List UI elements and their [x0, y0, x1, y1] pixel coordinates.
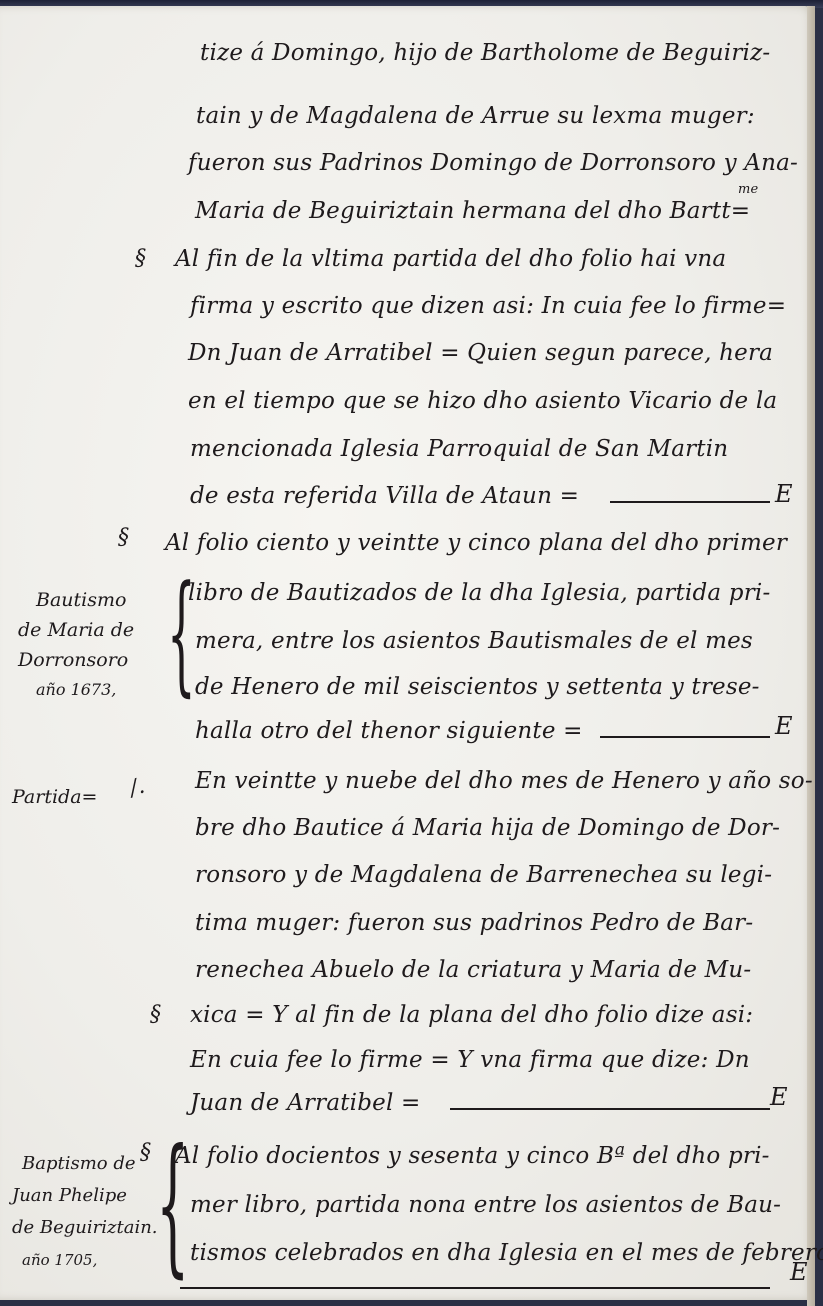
margin-note-line: año 1673,: [18, 675, 134, 705]
line-filler-rule: [610, 501, 770, 503]
body-line-10: de esta referida Villa de Ataun =: [190, 483, 579, 509]
section-mark-1: §: [135, 246, 146, 271]
body-line-16: En veintte y nuebe del dho mes de Henero…: [195, 768, 813, 794]
body-line-17: bre dho Bautice á Maria hija de Domingo …: [195, 815, 780, 841]
end-mark-3: E: [770, 1083, 788, 1111]
body-line-11: Al folio ciento y veintte y cinco plana …: [165, 530, 787, 556]
body-line-12: libro de Bautizados de la dha Iglesia, p…: [188, 580, 770, 606]
body-line-22: En cuia fee lo firme = Y vna firma que d…: [190, 1047, 750, 1073]
brace: {: [167, 568, 196, 698]
body-line-25: mer libro, partida nona entre los asient…: [190, 1192, 781, 1218]
body-line-9: mencionada Iglesia Parroquial de San Mar…: [190, 436, 728, 462]
superscript-me: me: [738, 182, 758, 197]
body-line-18: ronsoro y de Magdalena de Barrenechea su…: [195, 862, 772, 888]
body-line-20: renechea Abuelo de la criatura y Maria d…: [195, 957, 751, 983]
margin-note-baptism-juan-phelipe: Baptismo de Juan Phelipe de Beguiriztain…: [12, 1148, 158, 1276]
line-filler-rule: [450, 1108, 770, 1110]
margin-note-line: Dorronsoro: [18, 645, 134, 675]
margin-note-line: Bautismo: [18, 585, 134, 615]
body-line-2: tain y de Magdalena de Arrue su lexma mu…: [196, 103, 755, 129]
margin-note-partida: Partida=: [12, 786, 97, 808]
margin-note-line: Baptismo de: [12, 1148, 158, 1180]
body-line-26: tismos celebrados en dha Iglesia en el m…: [190, 1240, 823, 1266]
body-line-7: Dn Juan de Arratibel = Quien segun parec…: [188, 340, 773, 366]
bottom-rule: [180, 1287, 770, 1289]
end-mark-4: E: [790, 1258, 808, 1286]
body-line-6: firma y escrito que dizen asi: In cuia f…: [190, 293, 786, 319]
body-line-3: fueron sus Padrinos Domingo de Dorronsor…: [188, 150, 798, 176]
body-line-4: Maria de Beguiriztain hermana del dho Ba…: [195, 198, 750, 224]
body-line-8: en el tiempo que se hizo dho asiento Vic…: [188, 388, 777, 414]
margin-note-line: año 1705,: [12, 1244, 158, 1276]
body-line-14: de Henero de mil seiscientos y settenta …: [195, 674, 760, 700]
body-line-23: Juan de Arratibel =: [190, 1090, 421, 1116]
body-line-24: Al folio docientos y sesenta y cinco Bª …: [175, 1143, 770, 1169]
body-line-1: tize á Domingo, hijo de Bartholome de Be…: [200, 40, 770, 66]
body-line-4-text: Maria de Beguiriztain hermana del dho Ba…: [195, 198, 750, 224]
section-mark-2: §: [118, 525, 129, 550]
section-mark-3: §: [150, 1002, 161, 1027]
body-line-21: xica = Y al fin de la plana del dho foli…: [190, 1002, 753, 1028]
margin-note-line: de Beguiriztain.: [12, 1212, 158, 1244]
end-mark-2: E: [775, 712, 793, 740]
body-line-13: mera, entre los asientos Bautismales de …: [195, 628, 753, 654]
margin-note-line: de Maria de: [18, 615, 134, 645]
line-filler-rule: [600, 736, 770, 738]
end-mark-1: E: [775, 480, 793, 508]
page-edge: [807, 6, 815, 1300]
margin-note-line: Juan Phelipe: [12, 1180, 158, 1212]
body-line-5: Al fin de la vltima partida del dho foli…: [175, 246, 726, 272]
body-line-15: halla otro del thenor siguiente =: [195, 718, 583, 744]
body-line-19: tima muger: fueron sus padrinos Pedro de…: [195, 910, 753, 936]
margin-note-baptism-maria: Bautismo de Maria de Dorronsoro año 1673…: [18, 585, 134, 705]
